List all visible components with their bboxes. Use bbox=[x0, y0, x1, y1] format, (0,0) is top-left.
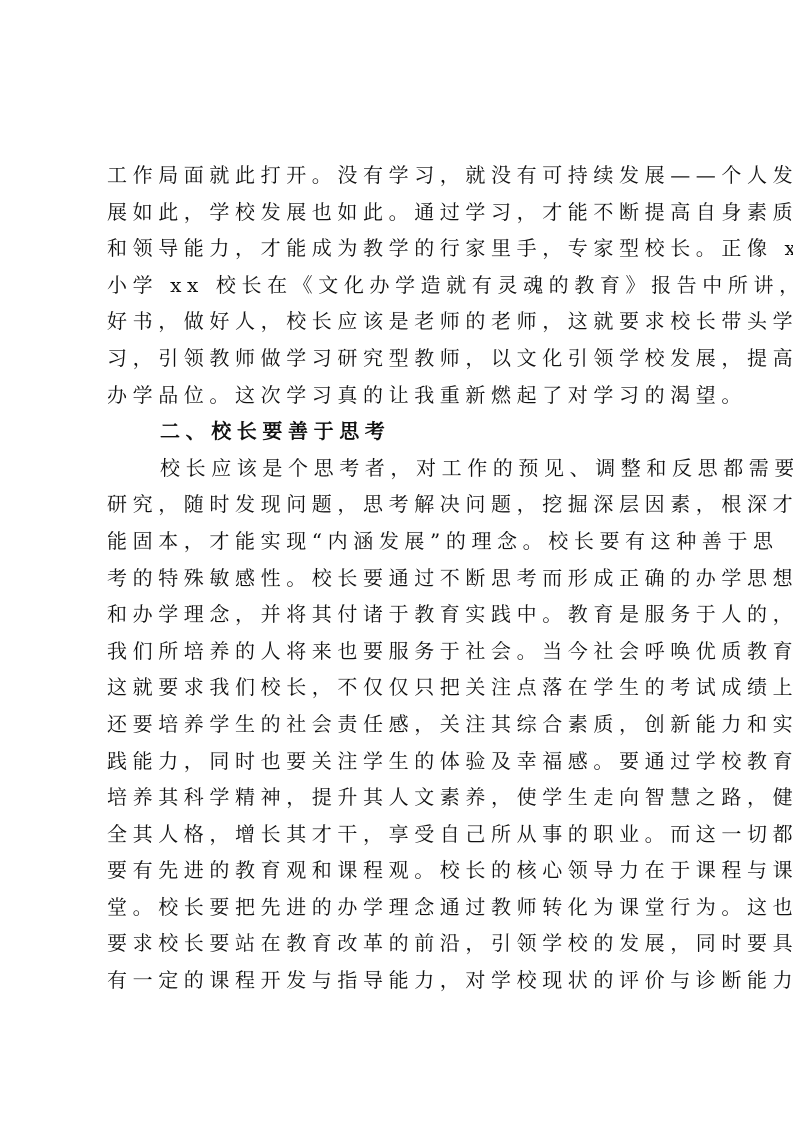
text-line: 展如此，学校发展也如此。通过学习，才能不断提高自身素质 bbox=[107, 194, 693, 231]
text-line: 有一定的课程开发与指导能力，对学校现状的评价与诊断能力。 bbox=[107, 962, 693, 999]
text-line: 好书，做好人，校长应该是老师的老师，这就要求校长带头学 bbox=[107, 303, 693, 340]
section-heading-text: 二、校长要善于思考 bbox=[107, 413, 693, 450]
text-line: 全其人格，增长其才干，享受自己所从事的职业。而这一切都 bbox=[107, 816, 693, 853]
text-line: 办学品位。这次学习真的让我重新燃起了对学习的渴望。 bbox=[107, 377, 693, 414]
text-line: 要求校长要站在教育改革的前沿，引领学校的发展，同时要具 bbox=[107, 925, 693, 962]
text-line: 工作局面就此打开。没有学习，就没有可持续发展——个人发 bbox=[107, 157, 693, 194]
text-line: 考的特殊敏感性。校长要通过不断思考而形成正确的办学思想 bbox=[107, 560, 693, 597]
text-line: 堂。校长要把先进的办学理念通过教师转化为课堂行为。这也 bbox=[107, 889, 693, 926]
paragraph-learning-conclusion: 工作局面就此打开。没有学习，就没有可持续发展——个人发 展如此，学校发展也如此。… bbox=[107, 157, 693, 413]
text-line: 要有先进的教育观和课程观。校长的核心领导力在于课程与课 bbox=[107, 852, 693, 889]
text-line: 和领导能力，才能成为教学的行家里手，专家型校长。正像 xx bbox=[107, 230, 693, 267]
text-line: 这就要求我们校长，不仅仅只把关注点落在学生的考试成绩上， bbox=[107, 669, 693, 706]
section-heading: 二、校长要善于思考 bbox=[107, 413, 693, 450]
text-line: 培养其科学精神，提升其人文素养，使学生走向智慧之路，健 bbox=[107, 779, 693, 816]
document-page: 工作局面就此打开。没有学习，就没有可持续发展——个人发 展如此，学校发展也如此。… bbox=[107, 157, 693, 999]
text-line: 小学 xx 校长在《文化办学造就有灵魂的教育》报告中所讲，读 bbox=[107, 267, 693, 304]
text-line: 能固本，才能实现“内涵发展”的理念。校长要有这种善于思 bbox=[107, 523, 693, 560]
text-line: 我们所培养的人将来也要服务于社会。当今社会呼唤优质教育， bbox=[107, 633, 693, 670]
text-line: 还要培养学生的社会责任感，关注其综合素质，创新能力和实 bbox=[107, 706, 693, 743]
paragraph-thinking: 校长应该是个思考者，对工作的预见、调整和反思都需要 研究，随时发现问题，思考解决… bbox=[107, 450, 693, 999]
text-line: 校长应该是个思考者，对工作的预见、调整和反思都需要 bbox=[107, 450, 693, 487]
text-line: 习，引领教师做学习研究型教师，以文化引领学校发展，提高 bbox=[107, 340, 693, 377]
text-line: 和办学理念，并将其付诸于教育实践中。教育是服务于人的， bbox=[107, 596, 693, 633]
text-line: 研究，随时发现问题，思考解决问题，挖掘深层因素，根深才 bbox=[107, 486, 693, 523]
text-line: 践能力，同时也要关注学生的体验及幸福感。要通过学校教育 bbox=[107, 743, 693, 780]
